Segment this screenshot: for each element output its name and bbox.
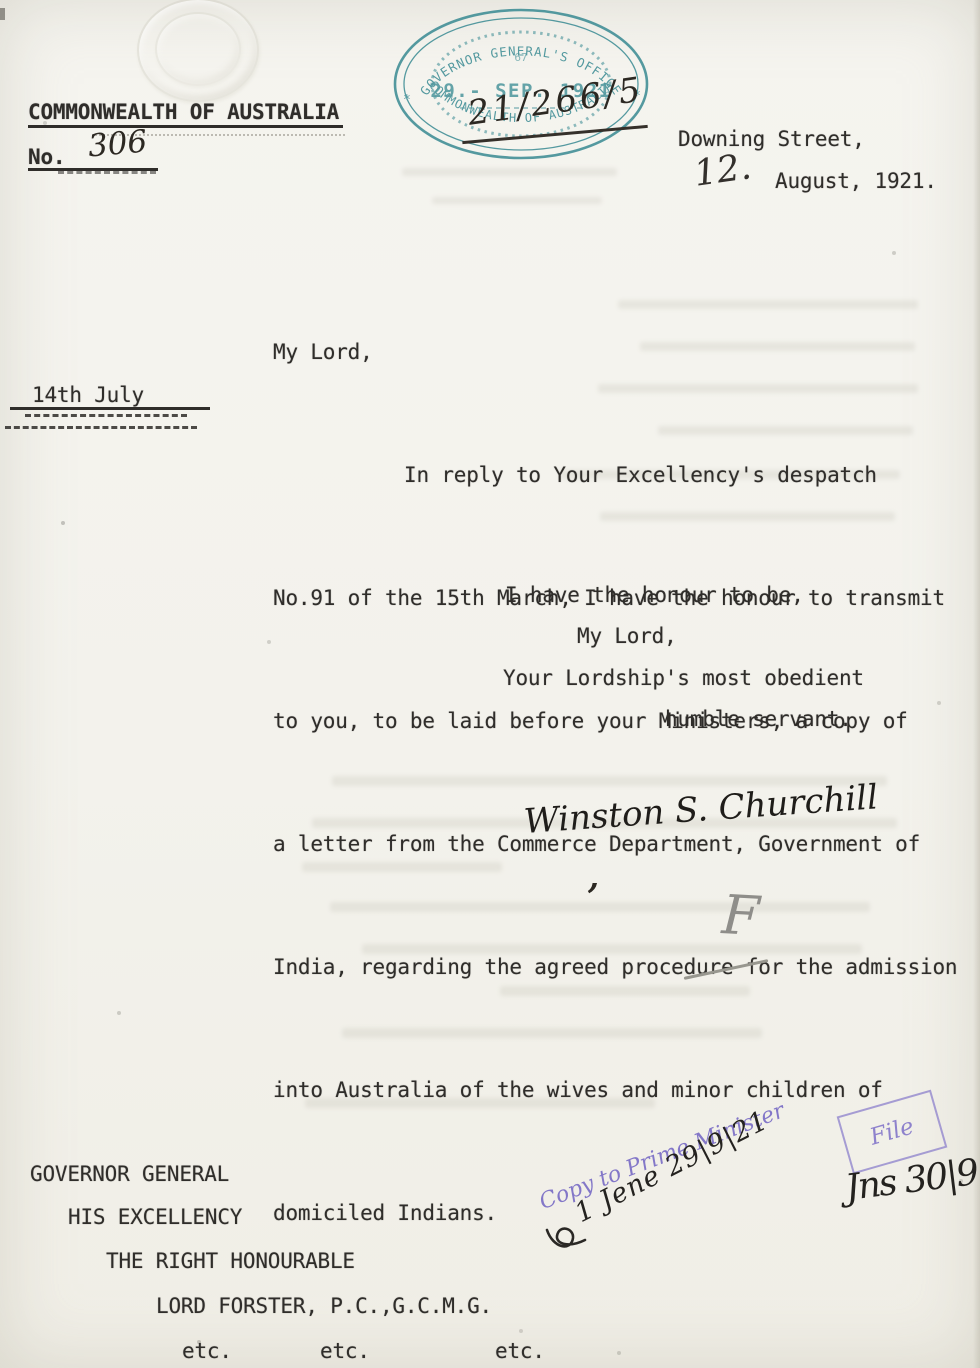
margin-date-note: 14th July bbox=[32, 383, 144, 407]
margin-note-dash-2 bbox=[5, 426, 197, 429]
stamp-asterisk-left: * bbox=[403, 93, 411, 108]
margin-note-dash-1 bbox=[25, 414, 187, 417]
etc-1: etc. bbox=[182, 1339, 232, 1363]
signature-comma-mark: , bbox=[588, 858, 599, 896]
salutation: My Lord, bbox=[273, 332, 957, 373]
margin-note-underline bbox=[10, 407, 210, 410]
bleedthrough-mark bbox=[432, 197, 602, 204]
closing-line-2: My Lord, bbox=[577, 624, 677, 648]
addressee-line-1: GOVERNOR GENERAL bbox=[30, 1162, 229, 1186]
dateline-month-year: August, 1921. bbox=[775, 169, 937, 193]
body-line: India, regarding the agreed procedure fo… bbox=[273, 947, 957, 988]
file-stamp-label: File bbox=[867, 1113, 917, 1150]
body-line: to you, to be laid before your Ministers… bbox=[273, 701, 957, 742]
pencil-initial: F bbox=[720, 883, 761, 948]
addressee-line-4: LORD FORSTER, P.C.,G.C.M.G. bbox=[156, 1294, 492, 1318]
closing-line-4: humble servant. bbox=[665, 707, 852, 731]
number-underline-dashed bbox=[58, 171, 156, 174]
etc-2: etc. bbox=[320, 1339, 370, 1363]
dateline-day-handwritten: 12. bbox=[691, 146, 753, 195]
closing-line-1: I have the honour to be, bbox=[505, 583, 804, 607]
header-underline bbox=[28, 125, 343, 128]
despatch-number-value: 306 bbox=[87, 123, 149, 164]
dateline-place: Downing Street, bbox=[678, 127, 865, 151]
body-line: In reply to Your Excellency's despatch bbox=[273, 455, 957, 496]
stamp-small-number: 67 bbox=[514, 51, 527, 64]
scanned-letter-page: { "palette": { "paper": "#f3f2ec", "type… bbox=[0, 0, 980, 1368]
bleedthrough-mark bbox=[402, 168, 617, 176]
etc-3: etc. bbox=[495, 1339, 545, 1363]
edge-mark bbox=[0, 8, 5, 20]
body-line: into Australia of the wives and minor ch… bbox=[273, 1070, 957, 1111]
despatch-number-label: No. bbox=[28, 145, 65, 169]
paper-specks bbox=[0, 0, 2, 2]
addressee-line-3: THE RIGHT HONOURABLE bbox=[106, 1249, 355, 1273]
closing-line-3: Your Lordship's most obedient bbox=[503, 666, 864, 690]
embossed-seal-inner bbox=[155, 12, 241, 86]
header-org-title: COMMONWEALTH OF AUSTRALIA bbox=[28, 100, 339, 124]
addressee-line-2: HIS EXCELLENCY bbox=[68, 1205, 242, 1229]
